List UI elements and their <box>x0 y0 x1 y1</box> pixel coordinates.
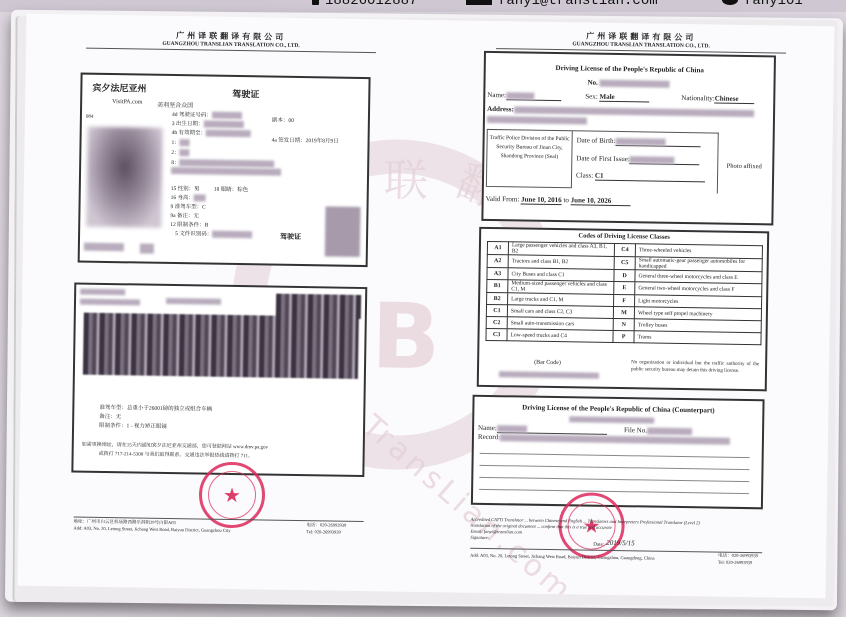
redacted <box>84 243 124 252</box>
label: No. <box>587 79 597 87</box>
class-code: C2 <box>486 316 507 328</box>
label: 8： <box>171 160 179 166</box>
footer-address-en: Add: A03, No. 20, Letong Street, Jichang… <box>470 553 654 561</box>
label: Valid From: <box>486 195 520 204</box>
dob-field: Date of Birth: <box>577 136 701 147</box>
field-expiry: 4b 有效期至： <box>172 128 252 137</box>
footer-tel-zh: 电话：020-26993939 <box>718 553 758 560</box>
label: Class: <box>576 171 593 179</box>
card-title: 驾驶证 <box>232 87 259 100</box>
phone-number: 18826012887 <box>325 0 417 9</box>
name-field: Name: <box>487 91 561 101</box>
left-company-header: 广州译联翻译有限公司 GUANGZHOU TRANSLIAN TRANSLATI… <box>86 29 376 54</box>
phone-icon <box>312 0 319 5</box>
wechat-id: fanyi01 <box>744 0 803 9</box>
right-company-header: 广州译联翻译有限公司 GUANGZHOU TRANSLIAN TRANSLATI… <box>496 29 786 54</box>
record-line <box>479 477 749 482</box>
cert-date-value: 2019/5/15 <box>606 539 635 547</box>
redacted <box>500 434 730 445</box>
class-description: Medium-sized passenger vehicles and clas… <box>508 280 614 295</box>
label: 4b 有效期至： <box>172 130 206 137</box>
card-site: VisitPA.com <box>112 99 142 105</box>
class-description: Low-speed trucks and C4 <box>507 329 613 343</box>
watermark-char: 联 <box>384 144 429 209</box>
barcode-label: (Bar Code) <box>534 360 561 366</box>
license-back-card: 准驾车型：总重小于26001磅的独立或组合车辆 备注：无 限制条件：1 - 视力… <box>71 282 367 477</box>
dob-value <box>615 137 700 147</box>
label: 1： <box>171 140 179 146</box>
back-restrictions: 限制条件：1 - 视力矫正眼镜 <box>99 421 167 430</box>
footer-tel-zh: 电话：020-26993939 <box>306 522 346 529</box>
class-code: C1 <box>486 304 507 316</box>
field-height: 16 身高： <box>171 193 207 202</box>
label: 16 身高： <box>171 195 194 201</box>
class-code: P <box>613 330 634 342</box>
redacted <box>487 116 587 125</box>
class-code: A2 <box>487 254 508 267</box>
label: Nationality: <box>681 94 715 103</box>
card-prefix: 084 <box>86 115 94 120</box>
record-line <box>479 465 749 470</box>
class-code: C3 <box>486 328 507 340</box>
label: 3 出生日期： <box>172 121 204 127</box>
first-issue-value <box>630 155 700 165</box>
name-value <box>506 91 561 101</box>
class-code: N <box>613 318 634 330</box>
field-1: 1： <box>171 138 189 147</box>
email-address: fanyi@transtian.com <box>498 0 658 9</box>
class-code: A3 <box>487 267 508 279</box>
field-2: 2： <box>171 148 189 157</box>
wechat-contact: fanyi01 <box>722 0 803 9</box>
license-translation-box: Driving License of the People's Republic… <box>481 51 776 226</box>
redacted <box>166 298 221 305</box>
redacted <box>647 427 692 435</box>
validity-field: Valid From: June 10, 2016 to June 10, 20… <box>486 195 631 206</box>
class-code: C5 <box>614 256 635 269</box>
field-restrictions: 12 限制条件：B <box>170 220 208 229</box>
redacted-barcode <box>499 371 599 379</box>
watermark-letter: B <box>371 284 441 390</box>
address-line-2 <box>487 115 587 125</box>
field-doc-id: 5 文件识别码： <box>175 229 252 238</box>
field-issue-date: 4a 签发日期：2019年8月9日 <box>272 136 339 145</box>
footer-tel-en: Tel: 020-26993939 <box>306 529 340 535</box>
codes-box: Codes of Driving License Classes A1Large… <box>477 227 769 392</box>
redacted <box>80 289 125 296</box>
detention-notice: No organization or individual but the tr… <box>631 359 759 375</box>
redacted <box>203 121 243 129</box>
footer-address-en: Add: A03, No. 20, Letong Street, Jichang… <box>73 525 230 532</box>
redacted <box>600 80 670 88</box>
mail-icon <box>466 0 492 5</box>
redacted <box>506 92 534 99</box>
counterpart-box: Driving License of the People's Republic… <box>471 395 765 510</box>
first-issue-field: Date of First Issue: <box>576 154 700 165</box>
label: 5 文件识别码： <box>175 231 212 238</box>
label: Name: <box>478 424 497 432</box>
license-number: No. <box>587 79 669 88</box>
card-country: 美利坚合众国 <box>157 100 193 110</box>
photo-placeholder: Photo affixed <box>724 163 764 171</box>
valid-from: June 10, 2016 <box>521 195 562 205</box>
redacted-2d-barcode <box>83 313 359 379</box>
field-remarks: 9a 备注：无 <box>170 211 199 219</box>
field-8-cont <box>171 167 281 176</box>
redacted <box>212 231 252 239</box>
field-sex: 15 性别：男 <box>171 184 200 192</box>
redacted <box>630 156 675 164</box>
codes-table: A1Large passenger vehicles and class A3,… <box>485 241 763 345</box>
label: Record: <box>478 433 500 441</box>
record-line <box>480 453 750 458</box>
field-copy: 副本：00 <box>272 116 294 124</box>
redacted <box>171 167 281 176</box>
redacted <box>615 138 665 146</box>
field-eyes: 18 眼睛：棕色 <box>214 185 249 194</box>
back-notice-2: 或拨打 717-214-5300 与我们取得联系。交通违法举报热线请拨打 711… <box>99 450 253 459</box>
counterpart-record: Record: <box>478 433 730 445</box>
holder-photo <box>86 127 163 228</box>
nationality-value: Chinese <box>715 95 755 105</box>
sex-value: Male <box>599 93 649 103</box>
redacted <box>206 130 251 138</box>
redacted <box>569 416 654 423</box>
class-code: E <box>614 281 635 294</box>
redacted <box>140 243 154 253</box>
field-dob: 3 出生日期： <box>172 119 244 128</box>
issuing-authority: Traffic Police Division of the Public Se… <box>486 129 573 188</box>
nationality-field: Nationality:Chinese <box>681 94 755 104</box>
class-description: Small automatic-gear passenger automobil… <box>635 257 762 272</box>
class-code: C4 <box>614 243 635 256</box>
counterpart-title: Driving License of the People's Republic… <box>474 403 762 416</box>
class-code: A1 <box>487 241 508 254</box>
label: Date of Birth: <box>577 136 616 145</box>
class-value: C1 <box>595 172 705 183</box>
counterpart-file-no: File No. <box>624 426 692 435</box>
label: Address: <box>487 105 514 113</box>
phone-contact: 18826012887 <box>312 0 417 9</box>
redacted <box>194 195 206 202</box>
redacted <box>212 112 242 119</box>
license-title: Driving License of the People's Republic… <box>486 63 774 76</box>
label: to <box>563 196 569 204</box>
class-description: Trams <box>634 331 761 345</box>
back-notice-1: 如需更换地址，请在15天内通知宾夕法尼亚州交通部，您可登陆网站 www.dmv.… <box>82 441 268 451</box>
translation-document: 译 联 翻 B www.TransLian.com ★ 广州译联翻译有限公司 G… <box>18 14 835 599</box>
valid-to: June 10, 2026 <box>571 196 631 206</box>
redacted <box>80 299 140 306</box>
class-code: B2 <box>487 292 508 304</box>
label: Sex: <box>585 92 598 100</box>
label: 4d 驾驶证号码： <box>172 112 212 119</box>
class-code: D <box>614 269 635 281</box>
email-contact: fanyi@transtian.com <box>466 0 658 9</box>
ghost-photo <box>325 206 361 257</box>
footer-tel-en: Tel: 020-26993939 <box>718 560 752 566</box>
label: Date of First Issue: <box>576 154 630 163</box>
class-code: B1 <box>487 279 508 292</box>
sex-field: Sex: Male <box>585 92 649 102</box>
field-license-no: 4d 驾驶证号码： <box>172 110 242 119</box>
redacted <box>180 149 190 156</box>
redacted <box>180 139 190 146</box>
card-state: 宾夕法尼亚州 <box>92 81 146 95</box>
seal-star-icon: ★ <box>202 483 262 508</box>
back-remarks: 备注：无 <box>99 412 121 420</box>
label: 2： <box>171 150 179 156</box>
label: File No. <box>624 426 647 434</box>
cert-date-label: Date: <box>593 543 604 548</box>
wechat-icon <box>722 0 738 5</box>
label: Name: <box>487 91 506 99</box>
redacted <box>497 425 527 432</box>
class-code: F <box>614 294 635 306</box>
record-line <box>479 489 749 494</box>
license-front-card: 宾夕法尼亚州 驾驶证 VisitPA.com 美利坚合众国 084 4d 驾驶证… <box>78 73 371 268</box>
card-footer-title: 驾驶证 <box>280 232 301 242</box>
field-class: 9 准驾车型：C <box>170 202 205 211</box>
class-code: M <box>613 306 634 318</box>
